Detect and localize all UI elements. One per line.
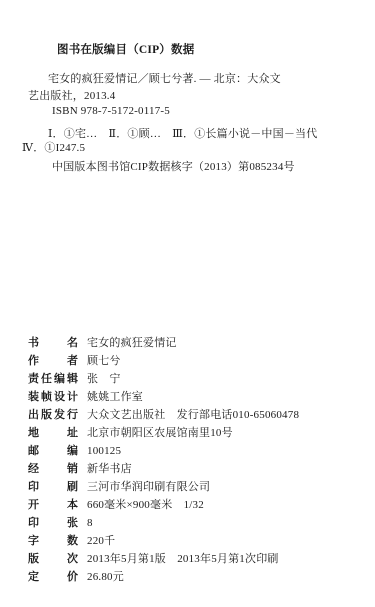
colophon-row-address: 地址 北京市朝阳区农展馆南里10号 — [0, 424, 375, 442]
colophon-value: 宅女的疯狂爱情记 — [87, 334, 177, 352]
cip-record-line-1: 宅女的疯狂爱情记／顾七兮著. — 北京：大众文 — [0, 72, 375, 86]
colophon-value: 大众文艺出版社 发行部电话010-65060478 — [87, 406, 299, 424]
colophon-value: 姚姚工作室 — [87, 388, 143, 406]
classification-line-2: Ⅳ．①I247.5 — [0, 141, 375, 155]
colophon-value: 三河市华润印刷有限公司 — [87, 478, 210, 496]
colophon-label: 邮编 — [28, 442, 78, 460]
colophon-row-wordcount: 字数 220千 — [0, 532, 375, 550]
colophon-block: 书名 宅女的疯狂爱情记 作者 顾七兮 责任编辑 张 宁 装帧设计 姚姚工作室 出… — [0, 334, 375, 586]
cip-record-line-2: 艺出版社，2013.4 — [0, 89, 375, 103]
colophon-row-format: 开本 660毫米×900毫米 1/32 — [0, 496, 375, 514]
cip-header: 图书在版编目（CIP）数据 — [0, 43, 375, 57]
colophon-value: 新华书店 — [87, 460, 132, 478]
colophon-row-title: 书名 宅女的疯狂爱情记 — [0, 334, 375, 352]
cip-registry-line: 中国版本图书馆CIP数据核字（2013）第085234号 — [0, 160, 375, 174]
colophon-value: 26.80元 — [87, 568, 124, 586]
colophon-row-price: 定价 26.80元 — [0, 568, 375, 586]
colophon-label: 印张 — [28, 514, 78, 532]
colophon-value: 2013年5月第1版 2013年5月第1次印刷 — [87, 550, 279, 568]
colophon-label: 经销 — [28, 460, 78, 478]
colophon-row-printer: 印刷 三河市华润印刷有限公司 — [0, 478, 375, 496]
colophon-value: 张 宁 — [87, 370, 121, 388]
colophon-value: 100125 — [87, 442, 121, 460]
colophon-label: 定价 — [28, 568, 78, 586]
colophon-value: 220千 — [87, 532, 115, 550]
colophon-value: 8 — [87, 514, 93, 532]
colophon-label: 责任编辑 — [28, 370, 78, 388]
colophon-value: 顾七兮 — [87, 352, 121, 370]
colophon-row-postcode: 邮编 100125 — [0, 442, 375, 460]
colophon-label: 书名 — [28, 334, 78, 352]
isbn-line: ISBN 978-7-5172-0117-5 — [0, 104, 375, 118]
colophon-label: 作者 — [28, 352, 78, 370]
colophon-row-edition: 版次 2013年5月第1版 2013年5月第1次印刷 — [0, 550, 375, 568]
colophon-value: 北京市朝阳区农展馆南里10号 — [87, 424, 233, 442]
colophon-row-design: 装帧设计 姚姚工作室 — [0, 388, 375, 406]
colophon-label: 地址 — [28, 424, 78, 442]
colophon-label: 装帧设计 — [28, 388, 78, 406]
colophon-row-editor: 责任编辑 张 宁 — [0, 370, 375, 388]
colophon-label: 出版发行 — [28, 406, 78, 424]
colophon-row-distributor: 经销 新华书店 — [0, 460, 375, 478]
colophon-row-sheets: 印张 8 — [0, 514, 375, 532]
colophon-label: 字数 — [28, 532, 78, 550]
colophon-label: 印刷 — [28, 478, 78, 496]
colophon-row-publisher: 出版发行 大众文艺出版社 发行部电话010-65060478 — [0, 406, 375, 424]
classification-line-1: Ⅰ．①宅… Ⅱ．①顾… Ⅲ．①长篇小说－中国－当代 — [0, 127, 375, 141]
book-copyright-page: 图书在版编目（CIP）数据 宅女的疯狂爱情记／顾七兮著. — 北京：大众文 艺出… — [0, 0, 375, 607]
colophon-row-author: 作者 顾七兮 — [0, 352, 375, 370]
colophon-label: 版次 — [28, 550, 78, 568]
colophon-value: 660毫米×900毫米 1/32 — [87, 496, 204, 514]
colophon-label: 开本 — [28, 496, 78, 514]
